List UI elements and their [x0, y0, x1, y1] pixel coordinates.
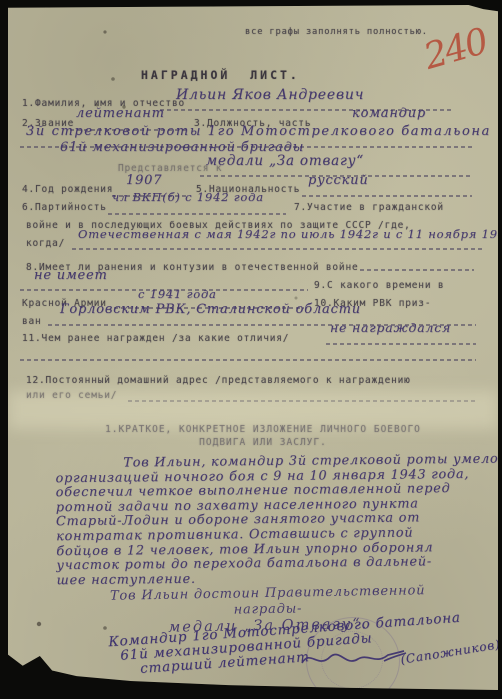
document-title: НАГРАДНОЙ ЛИСТ.: [141, 68, 300, 82]
feat-section-heading: 1.КРАТКОЕ, КОНКРЕТНОЕ ИЗЛОЖЕНИЕ ЛИЧНОГО …: [63, 423, 463, 449]
dashed-line: [360, 269, 474, 271]
presented-to-value: медали „За отвагу“: [206, 153, 364, 169]
fill-all-fields-note: все графы заполнять полностью.: [245, 27, 428, 37]
field-11-value: не награждался: [330, 320, 451, 335]
scanned-award-document: все графы заполнять полностью. 240 НАГРА…: [0, 0, 502, 699]
field-4-label: 4.Год рождения: [22, 184, 113, 195]
field-9-value: с 1941 года: [138, 287, 217, 301]
dashed-line: [72, 248, 484, 250]
round-stamp-inner-circle: [321, 631, 383, 689]
dashed-line: [20, 359, 476, 361]
feat-description: Тов Ильин, командир 3й стрелковой роты у…: [55, 453, 481, 589]
page-number-red-pencil: 240: [420, 21, 492, 78]
field-4-value: 1907: [126, 173, 162, 188]
paper-sheet: все графы заполнять полностью. 240 НАГРА…: [8, 5, 498, 699]
field-1-value: Ильин Яков Андреевич: [176, 87, 364, 103]
field-7-value: Отечественная с мая 1942г по июль 1942г …: [78, 227, 502, 241]
field-6-value: чл ВКП(б) с 1942 года: [112, 190, 264, 204]
field-9-label-line1: 9.С какого времени в: [314, 280, 444, 291]
dashed-line: [326, 343, 476, 345]
field-7-label-line3: когда/: [26, 238, 65, 249]
field-5-value: русский: [308, 173, 369, 188]
feat-section-heading-line1: 1.КРАТКОЕ, КОНКРЕТНОЕ ИЗЛОЖЕНИЕ ЛИЧНОГО …: [63, 423, 463, 436]
field-12-label-line2: или его семьи/: [26, 390, 117, 401]
dashed-line: [108, 213, 286, 215]
field-11-label: 11.Чем ранее награжден /за какие отличия…: [22, 333, 289, 344]
paper-speckles: [8, 5, 10, 7]
feat-section-heading-line2: ПОДВИГА ИЛИ ЗАСЛУГ.: [63, 436, 463, 449]
round-stamp-icon: [306, 617, 400, 699]
dashed-line: [302, 195, 472, 197]
field-2-value: лейтенант: [76, 106, 165, 121]
field-6-label: 6.Партийность: [22, 202, 107, 213]
field-7-label-line1: 7.Участие в гражданской: [294, 202, 444, 213]
field-3-value-part1: командир: [352, 106, 426, 121]
field-8-value: не имеет: [34, 268, 108, 283]
dashed-line: [128, 400, 476, 402]
field-10-value: Горловским РВК, Сталинской области: [60, 302, 361, 317]
field-12-label-line1: 12.Постоянный домашний адрес /представля…: [26, 375, 411, 386]
field-3-value-part2: 3й стрелковой роты 1го Мотострелкового б…: [26, 124, 491, 139]
signature-name: (Сапожников): [400, 637, 502, 667]
field-10-label-line2: ван: [22, 316, 42, 327]
